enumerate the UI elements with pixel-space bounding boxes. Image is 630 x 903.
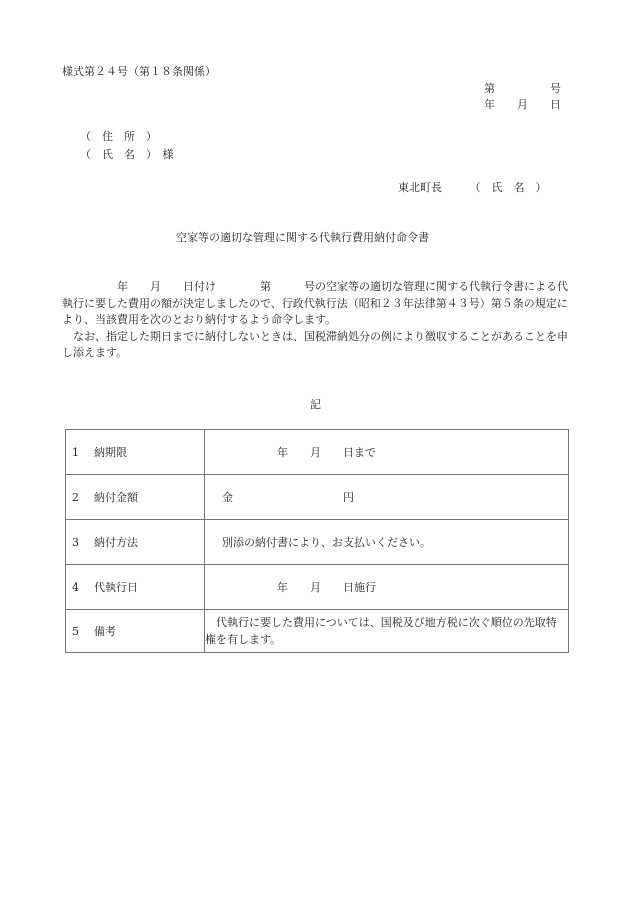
row-label: 3納付方法 xyxy=(66,520,205,565)
reference-number: 第 号 xyxy=(484,82,561,96)
row-value-payment-method: 別添の納付書により、お支払いください。 xyxy=(205,520,569,565)
body-paragraph-1: 年 月 日付け 第 号の空家等の適切な管理に関する代執行令書による代執行に要した… xyxy=(62,279,572,329)
table-row: 5備考 代執行に要した費用については、国税及び地方税に次ぐ順位の先取特権を有しま… xyxy=(66,610,569,653)
row-value-remarks: 代執行に要した費用については、国税及び地方税に次ぐ順位の先取特権を有します。 xyxy=(205,610,569,653)
issuer: 東北町長 （ 氏 名 ） xyxy=(398,181,547,195)
row-label: 4代執行日 xyxy=(66,565,205,610)
issue-date: 年 月 日 xyxy=(484,98,561,112)
table-row: 2納付金額 金 円 xyxy=(66,475,569,520)
body-text: 年 月 日付け 第 号の空家等の適切な管理に関する代執行令書による代執行に要した… xyxy=(62,279,572,362)
row-label: 1納期限 xyxy=(66,430,205,475)
form-number: 様式第２４号（第１８条関係） xyxy=(62,65,216,79)
row-label: 5備考 xyxy=(66,610,205,653)
table-row: 4代執行日 年 月 日施行 xyxy=(66,565,569,610)
row-value-execution-date: 年 月 日施行 xyxy=(205,565,569,610)
table-row: 3納付方法 別添の納付書により、お支払いください。 xyxy=(66,520,569,565)
body-paragraph-2: なお、指定した期日までに納付しないときは、国税滞納処分の例により徴収することがあ… xyxy=(62,329,572,362)
row-value-due-date: 年 月 日まで xyxy=(205,430,569,475)
table-row: 1納期限 年 月 日まで xyxy=(66,430,569,475)
document-title: 空家等の適切な管理に関する代執行費用納付命令書 xyxy=(176,231,429,245)
addressee-address: （ 住 所 ） xyxy=(80,130,157,144)
addressee-name: （ 氏 名 ） 様 xyxy=(80,148,174,162)
details-table: 1納期限 年 月 日まで 2納付金額 金 円 3納付方法 別添の納付書により、お… xyxy=(65,429,569,653)
row-label: 2納付金額 xyxy=(66,475,205,520)
row-value-amount: 金 円 xyxy=(205,475,569,520)
record-heading: 記 xyxy=(310,398,321,412)
